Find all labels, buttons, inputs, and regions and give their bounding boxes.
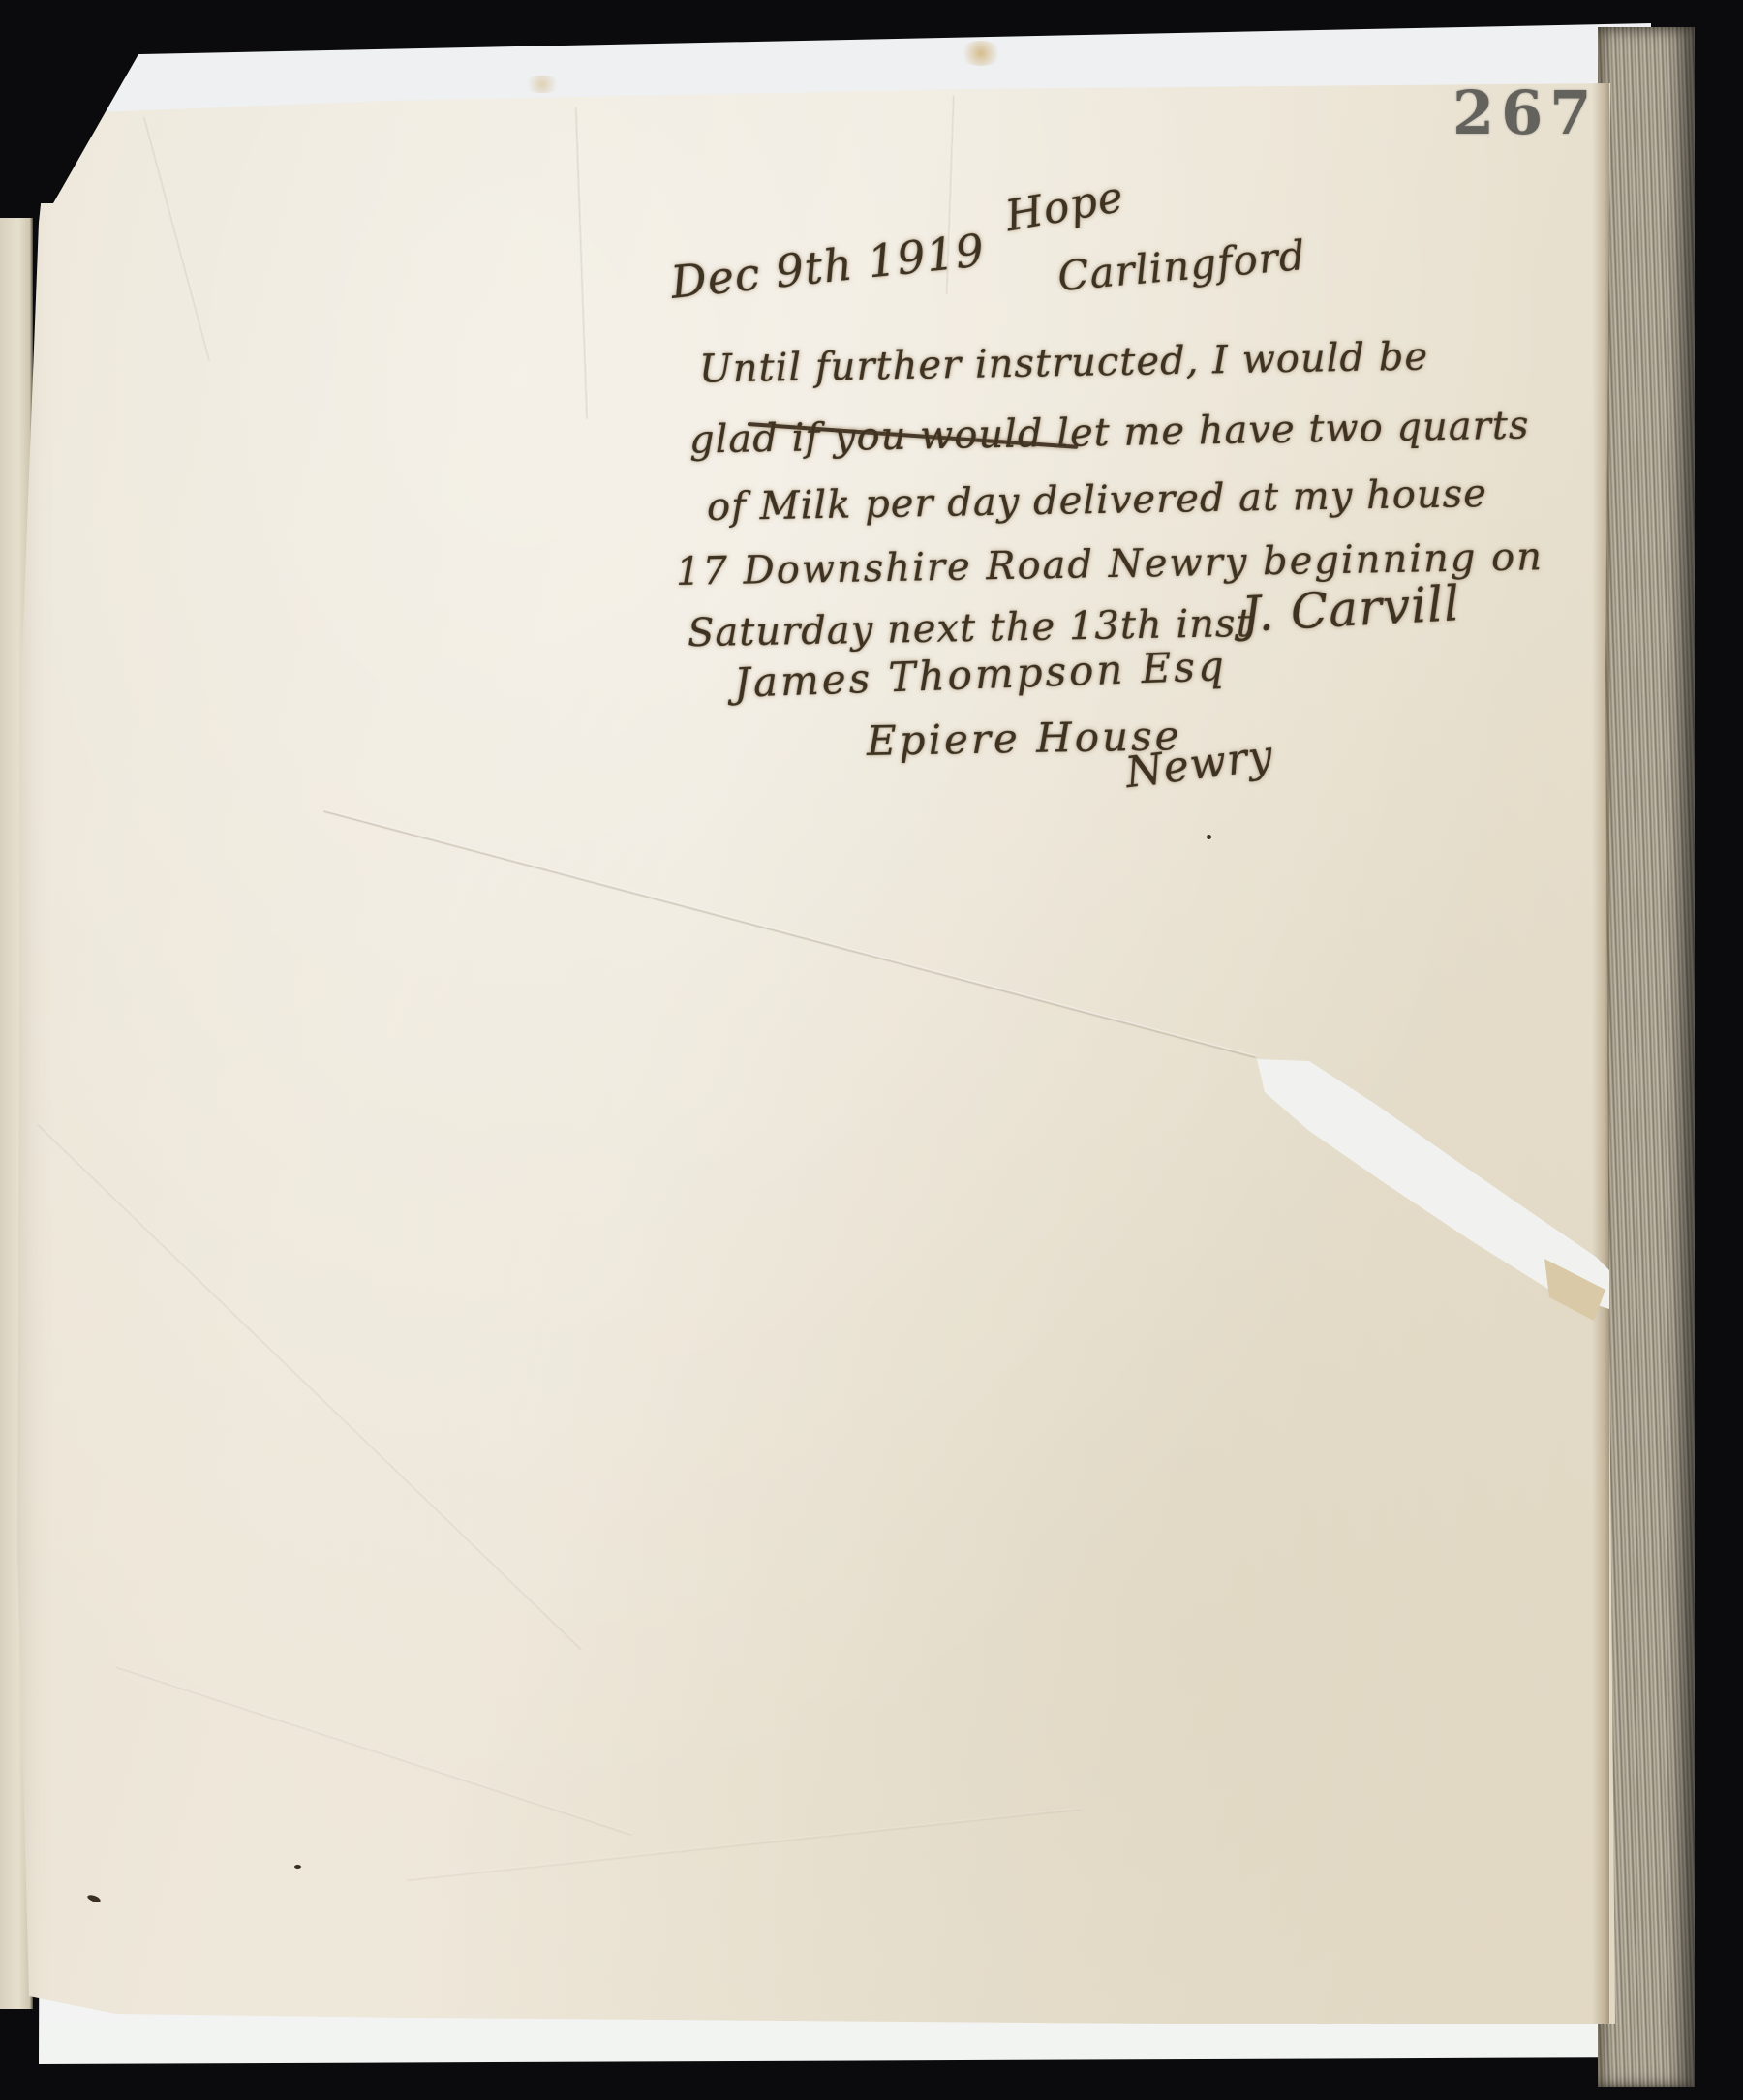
page-number-stamp: 267 — [1452, 77, 1598, 148]
ink-speck — [1207, 835, 1211, 839]
letter-signature: J. Carvill — [1240, 575, 1462, 643]
page-right-edge-shadow — [1592, 83, 1609, 2024]
stain-mark — [959, 41, 1003, 66]
stain-mark — [523, 76, 562, 93]
letterbook-scan: 267 Hope Carlingford Dec 9th 1919 Until … — [0, 0, 1743, 2100]
letter-page — [0, 0, 1743, 2100]
ink-speck — [294, 1865, 301, 1869]
